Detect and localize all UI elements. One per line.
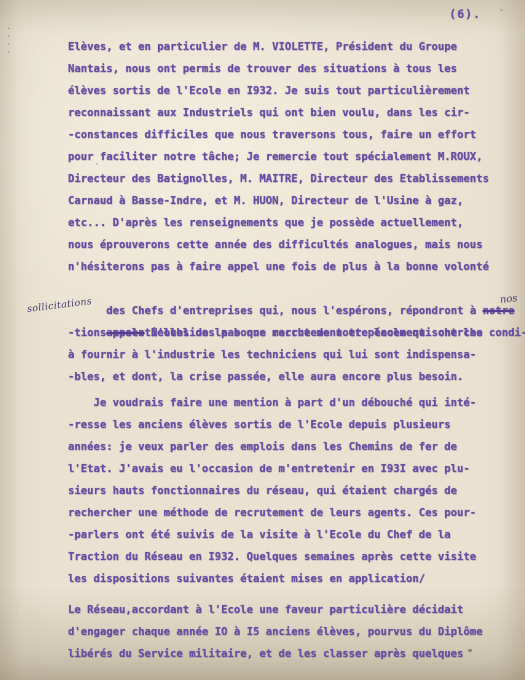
text-line: années: je veux parler des emplois dans … xyxy=(68,436,498,458)
text-line: les dispositions suivantes étaient mises… xyxy=(68,568,498,590)
text-line: Je voudrais faire une mention à part d'u… xyxy=(68,392,498,414)
paragraph-2: Je voudrais faire une mention à part d'u… xyxy=(68,392,498,590)
text-line: nous éprouverons cette année des difficu… xyxy=(68,234,498,256)
text-line: pour faciliter notre tâche; Je remercie … xyxy=(68,146,498,168)
text-line: libérés du Service militaire, et de les … xyxy=(68,643,498,665)
text-line: d'engager chaque année IO à I5 anciens é… xyxy=(68,621,498,643)
paragraph-1-start: Elèves, et en particulier de M. VIOLETTE… xyxy=(68,36,498,278)
paragraph-3: Le Réseau,accordant à l'Ecole une faveur… xyxy=(68,599,498,665)
corrected-line-appel: sollicitationsappel. N'oublions pas que … xyxy=(68,300,498,322)
paper-speck xyxy=(500,9,503,11)
page-number: (6). xyxy=(449,7,481,21)
text-line: sieurs hauts fonctionnaires du réseau, q… xyxy=(68,480,498,502)
text-line: l'Etat. J'avais eu l'occasion de m'entre… xyxy=(68,458,498,480)
text-line: rechercher une méthode de recrutement de… xyxy=(68,502,498,524)
paper-speck xyxy=(468,649,472,652)
text-line: Directeur des Batignolles, M. MAITRE, Di… xyxy=(68,168,498,190)
text-line: -resse les anciens élèves sortis de l'Ec… xyxy=(68,414,498,436)
text-line: -bles, et dont, la crise passée, elle au… xyxy=(68,366,498,388)
text-line: élèves sortis de l'Ecole en I932. Je sui… xyxy=(68,80,498,102)
text-line: Le Réseau,accordant à l'Ecole une faveur… xyxy=(68,599,498,621)
text-line: -constances difficiles que nous traverso… xyxy=(68,124,498,146)
corrected-line-notre: des Chefs d'entreprises qui, nous l'espé… xyxy=(68,278,498,300)
corner-scribble-mark: ···· xyxy=(4,26,13,57)
line-text: N'oublions pas que recrutement et placem… xyxy=(145,327,525,339)
document-page: ···· (6). Elèves, et en particulier de M… xyxy=(0,0,525,680)
text-line: etc... D'après les renseignements que je… xyxy=(68,212,498,234)
text-line: n'hésiterons pas à faire appel une fois … xyxy=(68,256,498,278)
typewritten-text-block: Elèves, et en particulier de M. VIOLETTE… xyxy=(68,36,498,665)
paper-speck xyxy=(96,163,98,165)
handwritten-word-nos: nos xyxy=(499,288,519,312)
text-line: Elèves, et en particulier de M. VIOLETTE… xyxy=(68,36,498,58)
text-line: Traction du Réseau en I932. Quelques sem… xyxy=(68,546,498,568)
struck-word-appel: appel. xyxy=(106,327,144,339)
text-line: Nantais, nous ont permis de trouver des … xyxy=(68,58,498,80)
text-line: à fournir à l'industrie les techniciens … xyxy=(68,344,498,366)
text-line: Carnaud à Basse-Indre, et M. HUON, Direc… xyxy=(68,190,498,212)
handwritten-word-sollicitations: sollicitations xyxy=(26,291,94,321)
text-line: -parlers ont été suivis de la visite à l… xyxy=(68,524,498,546)
text-line: reconnaissant aux Industriels qui ont bi… xyxy=(68,102,498,124)
